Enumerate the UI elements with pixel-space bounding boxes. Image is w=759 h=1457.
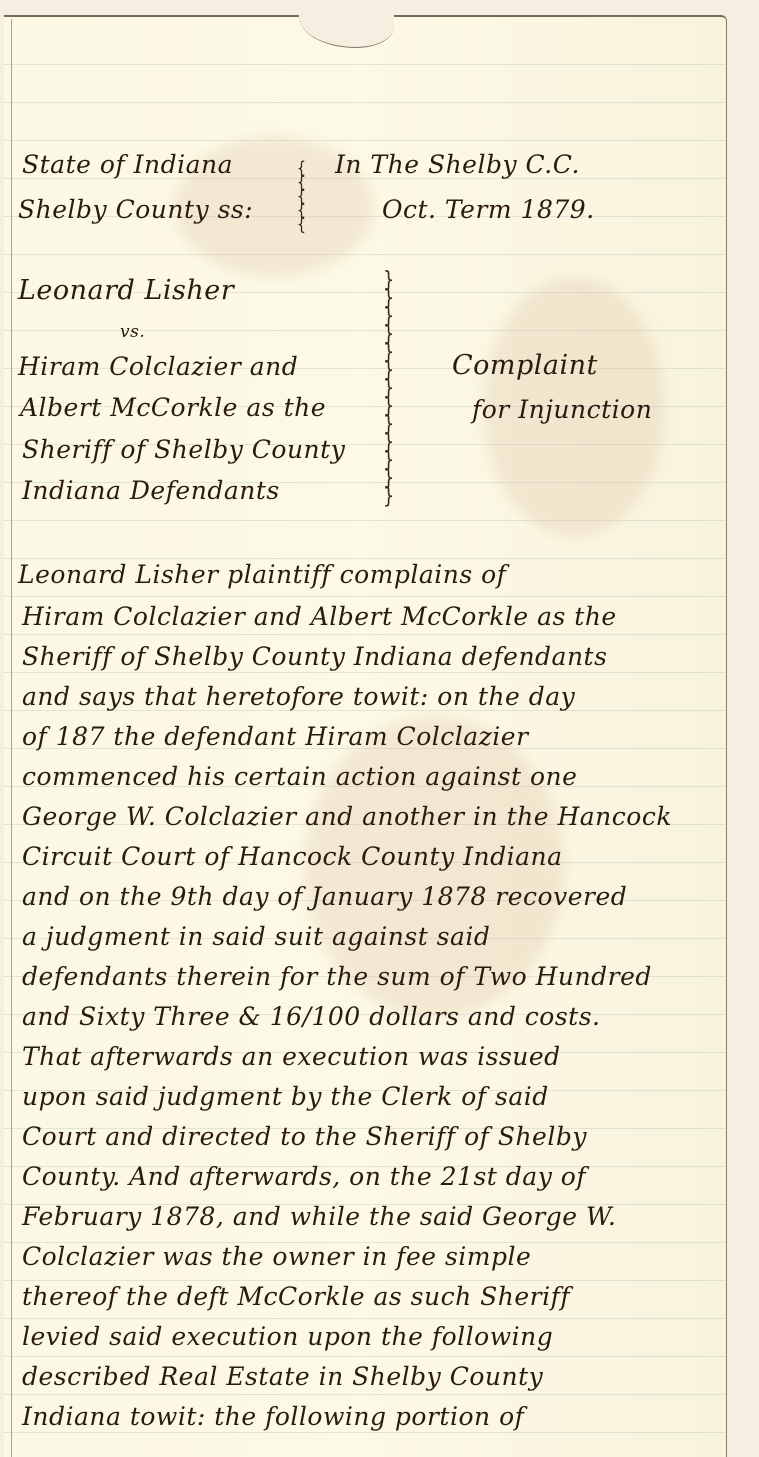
body-line: and says that heretofore towit: on the d… <box>22 682 575 711</box>
body-line: a judgment in said suit against said <box>22 922 490 951</box>
caption-brace: { { { { { <box>297 162 306 232</box>
body-line: Court and directed to the Sheriff of She… <box>22 1122 587 1151</box>
body-line: February 1878, and while the said George… <box>22 1202 616 1231</box>
court-name: In The Shelby C.C. <box>335 150 580 179</box>
body-line: Sheriff of Shelby County Indiana defenda… <box>22 642 607 671</box>
body-line: upon said judgment by the Clerk of said <box>22 1082 549 1111</box>
torn-edge <box>299 13 394 48</box>
defendant-line-2: Albert McCorkle as the <box>20 393 326 422</box>
body-line: County. And afterwards, on the 21st day … <box>22 1162 586 1191</box>
body-line: George W. Colclazier and another in the … <box>22 802 672 831</box>
body-line: defendants therein for the sum of Two Hu… <box>22 962 652 991</box>
defendant-line-3: Sheriff of Shelby County <box>22 435 345 464</box>
defendant-line-4: Indiana Defendants <box>22 476 280 505</box>
body-line: commenced his certain action against one <box>22 762 577 791</box>
body-line: levied said execution upon the following <box>22 1322 553 1351</box>
body-line: Circuit Court of Hancock County Indiana <box>22 842 562 871</box>
body-line: Indiana towit: the following portion of <box>22 1402 524 1431</box>
body-line: described Real Estate in Shelby County <box>22 1362 543 1391</box>
body-line: Hiram Colclazier and Albert McCorkle as … <box>22 602 617 631</box>
plaintiff-name: Leonard Lisher <box>18 275 234 306</box>
document-title-line-2: for Injunction <box>472 395 652 424</box>
body-line: and on the 9th day of January 1878 recov… <box>22 882 627 911</box>
venue-county: Shelby County ss: <box>18 195 253 224</box>
body-line: and Sixty Three & 16/100 dollars and cos… <box>22 1002 601 1031</box>
body-line: Colclazier was the owner in fee simple <box>22 1242 531 1271</box>
body-line: thereof the deft McCorkle as such Sherif… <box>22 1282 570 1311</box>
court-term: Oct. Term 1879. <box>382 195 595 224</box>
defendant-line-1: Hiram Colclazier and <box>18 352 298 381</box>
venue-state: State of Indiana <box>22 150 233 179</box>
body-line: of 187 the defendant Hiram Colclazier <box>22 722 529 751</box>
margin-line <box>11 19 12 1457</box>
versus-label: vs. <box>120 322 145 342</box>
body-line: Leonard Lisher plaintiff complains of <box>18 560 506 589</box>
body-line: That afterwards an execution was issued <box>22 1042 561 1071</box>
document-title-line-1: Complaint <box>452 350 598 381</box>
case-title-brace: } } } } } } } } } } } } } <box>383 272 394 506</box>
